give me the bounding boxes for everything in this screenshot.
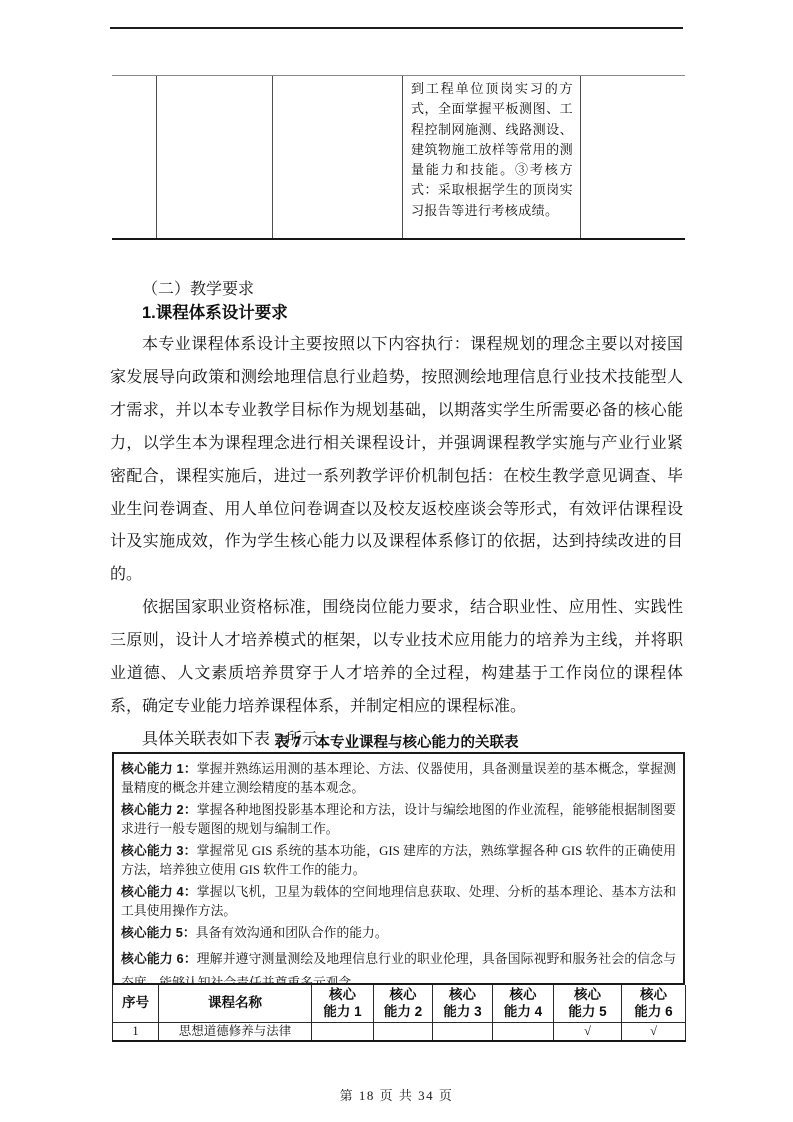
assessment-text-cell: 到工程单位顶岗实习的方式，全面掌握平板测图、工程控制网施测、线路测设、建筑物施工… [403, 76, 581, 238]
cell-mark-2 [374, 1023, 433, 1042]
header-cell-competency-2: 核心 能力 2 [374, 985, 433, 1023]
body-paragraph-2: 依据国家职业资格标准，围绕岗位能力要求，结合职业性、应用性、实践性三原则，设计人… [110, 592, 683, 724]
competency-definitions-box: 核心能力 1：掌握并熟练运用测的基本理论、方法、仪器使用，具备测量误差的基本概念… [112, 752, 685, 985]
header-cell-competency-3: 核心 能力 3 [433, 985, 493, 1023]
header-line: 核心 [640, 987, 667, 1002]
course-competency-matrix: 序号 课程名称 核心 能力 1 核心 能力 2 核心 能力 3 核心 能力 4 … [112, 985, 686, 1042]
body-paragraph-1: 本专业课程体系设计主要按照以下内容执行：课程规划的理念主要以对接国家发展导向政策… [110, 329, 683, 592]
competency-label: 核心能力 2： [121, 802, 197, 817]
competency-item-6: 核心能力 6：理解并遵守测量测绘及地理信息行业的职业伦理，具备国际视野和服务社会… [121, 947, 676, 986]
cell-mark-5: √ [554, 1023, 622, 1042]
matrix-header-row: 序号 课程名称 核心 能力 1 核心 能力 2 核心 能力 3 核心 能力 4 … [113, 985, 686, 1023]
header-line: 能力 4 [504, 1004, 542, 1019]
competency-text: 掌握并熟练运用测的基本理论、方法、仪器使用，具备测量误差的基本概念，掌握测量精度… [121, 762, 676, 795]
competency-item-4: 核心能力 4：掌握以飞机，卫星为载体的空间地理信息获取、处理、分析的基本理论、基… [121, 883, 676, 920]
competency-label: 核心能力 1： [121, 761, 197, 776]
table-cell-empty-1 [112, 76, 157, 238]
table-continuation-top-border [110, 27, 683, 29]
header-line: 能力 1 [323, 1004, 361, 1019]
header-line: 核心 [510, 987, 537, 1002]
matrix-data-row-1: 1 思想道德修养与法律 √ √ [113, 1023, 686, 1042]
competency-text: 掌握常见 GIS 系统的基本功能，GIS 建库的方法，熟练掌握各种 GIS 软件… [121, 844, 676, 877]
header-cell-competency-6: 核心 能力 6 [622, 985, 686, 1023]
header-line: 核心 [574, 987, 601, 1002]
competency-text: 理解并遵守测量测绘及地理信息行业的职业伦理，具备国际视野和服务社会的信念与态度，… [121, 952, 676, 986]
header-line: 核心 [449, 987, 476, 1002]
competency-item-1: 核心能力 1：掌握并熟练运用测的基本理论、方法、仪器使用，具备测量误差的基本概念… [121, 760, 676, 797]
competency-text: 掌握以飞机，卫星为载体的空间地理信息获取、处理、分析的基本理论、基本方法和工具使… [121, 885, 676, 918]
table7-caption: 表 7 本专业课程与核心能力的关联表 [110, 731, 683, 752]
body-text-block: 本专业课程体系设计主要按照以下内容执行：课程规划的理念主要以对接国家发展导向政策… [110, 329, 683, 757]
header-line: 核心 [329, 987, 356, 1002]
internship-table-fragment: 到工程单位顶岗实习的方式，全面掌握平板测图、工程控制网施测、线路测设、建筑物施工… [112, 75, 685, 240]
header-cell-competency-4: 核心 能力 4 [493, 985, 554, 1023]
header-cell-competency-5: 核心 能力 5 [554, 985, 622, 1023]
table-cell-empty-5 [581, 76, 685, 238]
competency-text: 掌握各种地图投影基本理论和方法，设计与编绘地图的作业流程，能够能根据制图要求进行… [121, 803, 676, 836]
header-line: 核心 [390, 987, 417, 1002]
competency-label: 核心能力 6： [121, 951, 197, 966]
header-cell-no: 序号 [113, 985, 159, 1023]
cell-mark-1 [312, 1023, 374, 1042]
cell-mark-6: √ [622, 1023, 686, 1042]
cell-mark-4 [493, 1023, 554, 1042]
table-cell-empty-3 [273, 76, 403, 238]
header-line: 能力 3 [443, 1004, 481, 1019]
competency-item-5: 核心能力 5：具备有效沟通和团队合作的能力。 [121, 924, 676, 943]
page-number-footer: 第 18 页 共 34 页 [0, 1085, 793, 1104]
header-cell-competency-1: 核心 能力 1 [312, 985, 374, 1023]
header-line: 能力 5 [568, 1004, 606, 1019]
competency-label: 核心能力 5： [121, 925, 196, 940]
table-cell-empty-2 [157, 76, 273, 238]
competency-label: 核心能力 4： [121, 884, 197, 899]
cell-course-name: 思想道德修养与法律 [159, 1023, 312, 1042]
cell-row-number: 1 [113, 1023, 159, 1042]
competency-item-3: 核心能力 3：掌握常见 GIS 系统的基本功能，GIS 建库的方法，熟练掌握各种… [121, 842, 676, 879]
competency-text: 具备有效沟通和团队合作的能力。 [196, 926, 388, 940]
section-heading: （二）教学要求 [142, 276, 254, 299]
cell-mark-3 [433, 1023, 493, 1042]
competency-item-2: 核心能力 2：掌握各种地图投影基本理论和方法，设计与编绘地图的作业流程，能够能根… [121, 801, 676, 838]
header-line: 能力 6 [634, 1004, 672, 1019]
header-line: 能力 2 [384, 1004, 422, 1019]
competency-label: 核心能力 3： [121, 843, 197, 858]
header-cell-course: 课程名称 [159, 985, 312, 1023]
document-page: 到工程单位顶岗实习的方式，全面掌握平板测图、工程控制网施测、线路测设、建筑物施工… [0, 0, 793, 1122]
subsection-heading: 1.课程体系设计要求 [142, 299, 288, 323]
